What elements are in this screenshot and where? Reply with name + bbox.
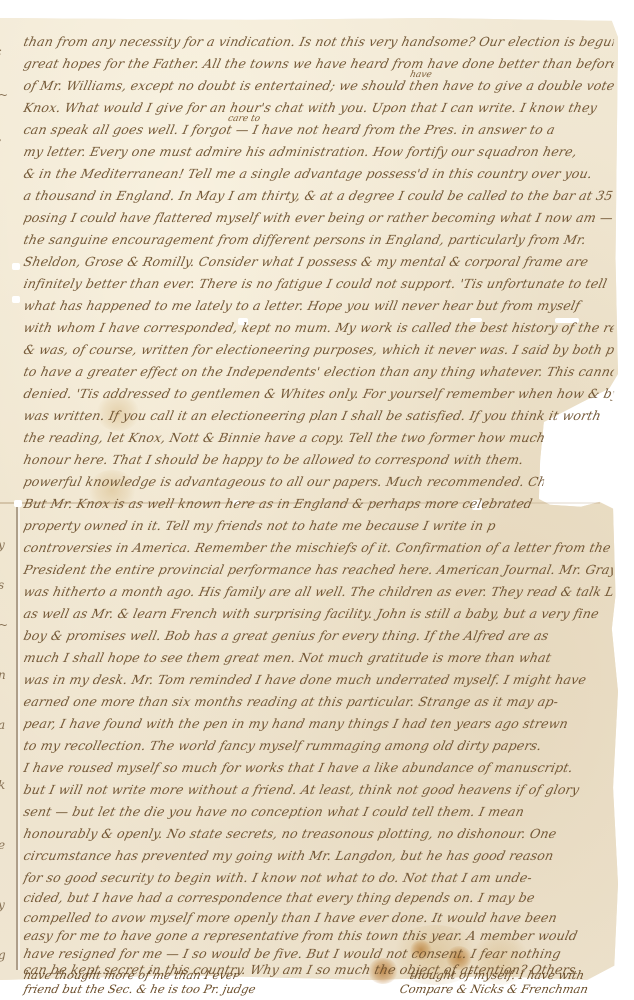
text-line: a thousand in England. In May I am thirt… — [22, 188, 615, 204]
text-line: President the entire provincial performa… — [22, 562, 615, 578]
text-line: was written. If you call it an electione… — [22, 408, 615, 424]
text-line: but I will not write more without a frie… — [22, 782, 615, 798]
text-line: have resigned for me — I so would be fiv… — [22, 946, 615, 962]
text-line: than from any necessity for a vindicatio… — [22, 34, 615, 50]
text-line: to have a greater effect on the Independ… — [22, 364, 615, 380]
text-line: pear, I have found with the pen in my ha… — [22, 716, 615, 732]
closing-left-line: friend but the Sec. & he is too Pr. judg… — [23, 982, 258, 996]
text-line: infinitely better than ever. There is no… — [22, 276, 615, 292]
text-line: was hitherto a month ago. His family are… — [22, 584, 615, 600]
text-line: powerful knowledge is advantageous to al… — [22, 474, 545, 490]
text-line: of Mr. Williams, except no doubt is ente… — [22, 78, 615, 94]
text-line: sent — but let the die you have no conce… — [22, 804, 615, 820]
text-line: cided, but I have had a correspondence t… — [22, 890, 615, 906]
text-line: can speak all goes well. I forgot — I ha… — [22, 122, 615, 138]
text-line: my letter. Every one must admire his adm… — [22, 144, 615, 160]
text-line: to my recollection. The world fancy myse… — [22, 738, 615, 754]
text-line: earned one more than six months reading … — [22, 694, 615, 710]
closing-left-line: have thought more of me than I ever — [23, 968, 240, 982]
text-line: the sanguine encouragement from differen… — [22, 232, 615, 248]
text-line: easy for me to have gone a representativ… — [22, 928, 615, 944]
text-line: what has happened to me lately to a lett… — [22, 298, 615, 314]
text-line: Sheldon, Grose & Romilly. Consider what … — [22, 254, 615, 270]
closing-right-line: thought of myself. I have with — [409, 968, 586, 982]
text-line: controversies in America. Remember the m… — [22, 540, 615, 556]
text-line: denied. 'Tis addressed to gentlemen & Wh… — [22, 386, 615, 402]
text-line: Knox. What would I give for an hour's ch… — [22, 100, 615, 116]
text-line: honourably & openly. No state secrets, n… — [22, 826, 615, 842]
letter-body: than from any necessity for a vindicatio… — [0, 0, 634, 1000]
text-line: & was, of course, written for electionee… — [22, 342, 615, 358]
text-line: circumstance has prevented my going with… — [22, 848, 615, 864]
letter-scan: : ~ , y s ~ n a k e y g than from any ne… — [0, 0, 634, 1000]
text-line: posing I could have flattered myself wit… — [22, 210, 615, 226]
text-line: But Mr. Knox is as well known here as in… — [22, 496, 545, 512]
text-line: property owned in it. Tell my friends no… — [22, 518, 545, 534]
text-line: was in my desk. Mr. Tom reminded I have … — [22, 672, 615, 688]
interlineation: care to — [227, 114, 261, 124]
text-line: great hopes for the Father. All the town… — [22, 56, 615, 72]
text-line: I have roused myself so much for works t… — [22, 760, 615, 776]
text-line: the reading, let Knox, Nott & Binnie hav… — [22, 430, 545, 446]
text-line: boy & promises well. Bob has a great gen… — [22, 628, 615, 644]
text-line: as well as Mr. & learn French with surpr… — [22, 606, 615, 622]
text-line: much I shall hope to see them great men.… — [22, 650, 615, 666]
text-line: honour here. That I should be happy to b… — [22, 452, 545, 468]
text-line: & in the Mediterranean! Tell me a single… — [22, 166, 615, 182]
interlineation: have — [409, 70, 433, 80]
text-line: for so good security to begin with. I kn… — [22, 870, 615, 886]
text-line: compelled to avow myself more openly tha… — [22, 910, 615, 926]
text-line: with whom I have corresponded, kept no m… — [22, 320, 615, 336]
signature: Compare & Nicks & Frenchman — [399, 982, 590, 996]
